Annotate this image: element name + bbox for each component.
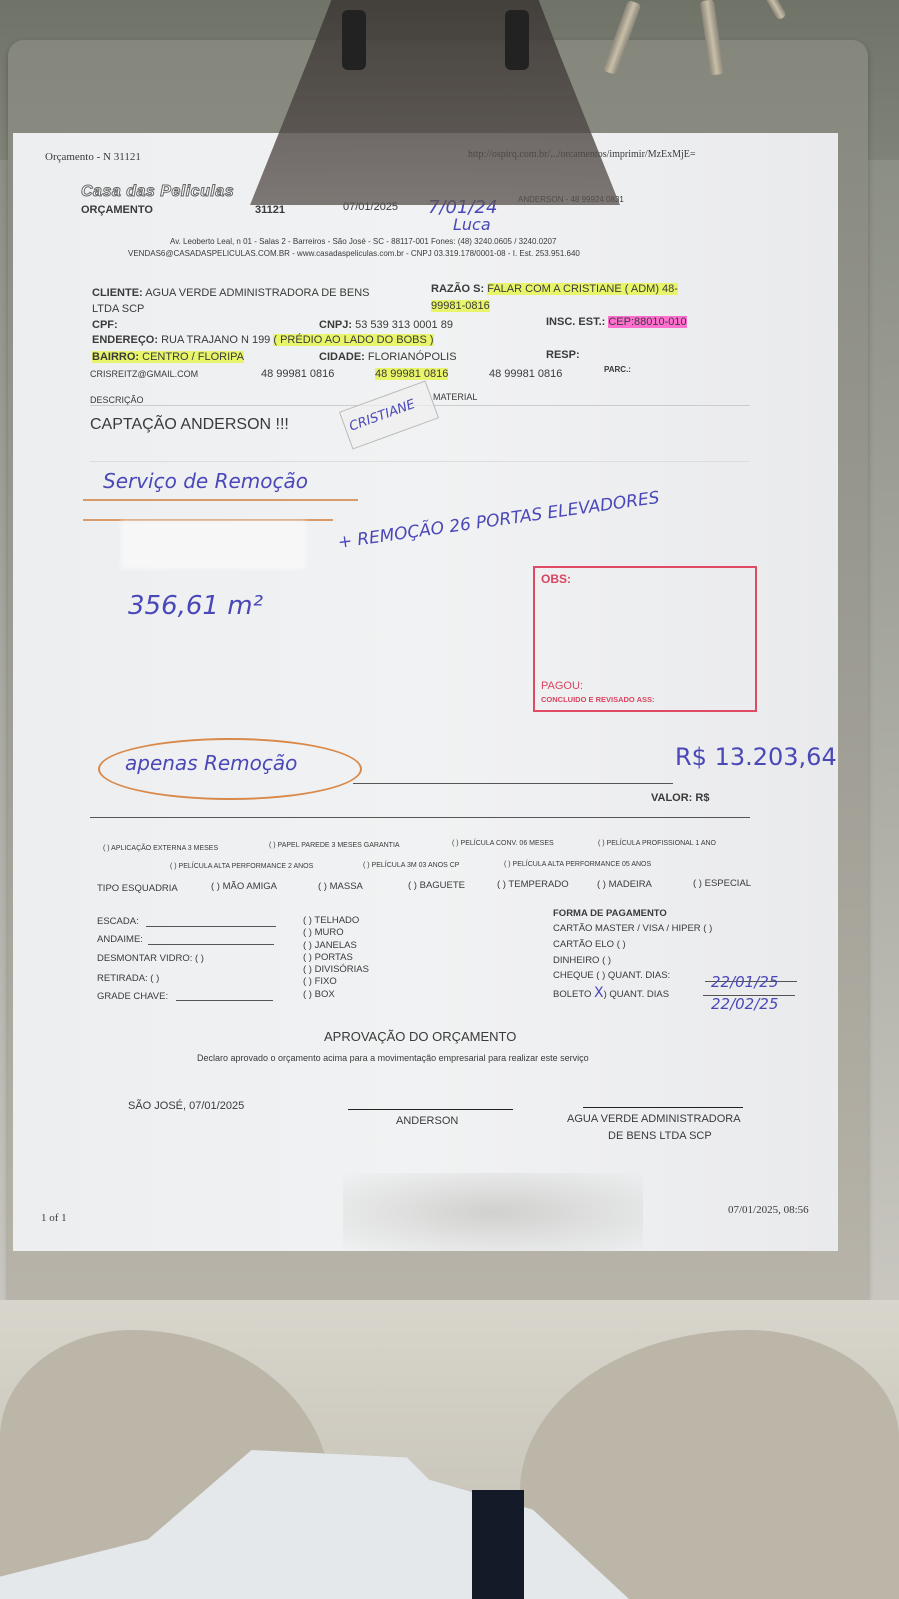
signature-line-client	[583, 1107, 743, 1108]
escada-line	[146, 926, 276, 927]
payment-dinheiro: DINHEIRO ( )	[553, 955, 611, 966]
payment-master: CARTÃO MASTER / VISA / HIPER ( )	[553, 923, 712, 934]
cidade-value: FLORIANÓPOLIS	[368, 351, 457, 363]
due-date-2: 22/02/25	[711, 995, 778, 1013]
esquadria-madeira: ( ) MADEIRA	[597, 879, 652, 890]
insc-label: INSC. EST.:	[546, 316, 605, 328]
escada-label: ESCADA:	[97, 916, 139, 927]
place-date: SÃO JOSÉ, 07/01/2025	[128, 1100, 244, 1112]
razao-value-2: 99981-0816	[431, 300, 490, 312]
andaime-label: ANDAIME:	[97, 934, 143, 945]
option-alta-performance-2: ( ) PELÍCULA ALTA PERFORMANCE 2 ANOS	[170, 863, 313, 870]
redacted-area	[121, 521, 306, 569]
bairro-value: CENTRO / FLORIPA	[142, 351, 244, 363]
option-3m: ( ) PELÍCULA 3M 03 ANOS CP	[363, 862, 459, 869]
handwritten-area: 356,61 m²	[128, 591, 263, 621]
divider	[90, 817, 750, 818]
print-title: Orçamento - N 31121	[45, 151, 141, 163]
sticky-note: CRISTIANE	[339, 380, 439, 449]
address-line: Av. Leoberto Leal, n 01 - Salas 2 - Barr…	[170, 237, 556, 246]
razao-value: FALAR COM A CRISTIANE ( ADM) 48-	[487, 283, 678, 295]
contact-line: VENDAS6@CASADASPELICULAS.COM.BR - www.ca…	[128, 249, 580, 258]
andaime-line	[148, 944, 274, 945]
esquadria-massa: ( ) MASSA	[318, 881, 363, 892]
signer-client-1: AGUA VERDE ADMINISTRADORA	[567, 1113, 741, 1125]
surfaces-list: ( ) TELHADO ( ) MURO ( ) JANELAS ( ) POR…	[303, 915, 369, 1001]
cnpj-value: 53 539 313 0001 89	[355, 319, 453, 331]
signer-seller: ANDERSON	[396, 1115, 458, 1127]
endereco-value: RUA TRAJANO N 199	[161, 334, 270, 346]
grade-chave-label: GRADE CHAVE:	[97, 991, 168, 1002]
option-alta-performance-5: ( ) PELÍCULA ALTA PERFORMANCE 05 ANOS	[504, 861, 651, 868]
option-aplicacao-externa: ( ) APLICAÇÃO EXTERNA 3 MESES	[103, 845, 218, 852]
cpf-label: CPF:	[92, 319, 118, 331]
concluido-label: CONCLUIDO E REVISADO ASS:	[541, 695, 654, 704]
obs-label: OBS:	[541, 572, 571, 586]
surface-janelas: ( ) JANELAS	[303, 940, 369, 952]
handwritten-service: Serviço de Remoção	[103, 469, 308, 493]
pagou-label: PAGOU:	[541, 680, 583, 692]
razao-label: RAZÃO S:	[431, 283, 484, 295]
cliente-value-2: LTDA SCP	[92, 303, 144, 315]
payment-title: FORMA DE PAGAMENTO	[553, 908, 667, 919]
bairro-label: BAIRRO:	[92, 351, 139, 363]
payment-elo: CARTÃO ELO ( )	[553, 939, 626, 950]
endereco-note: ( PRÉDIO AO LADO DO BOBS )	[273, 334, 433, 346]
option-papel-parede: ( ) PAPEL PAREDE 3 MESES GARANTIA	[269, 842, 400, 849]
page-indicator: 1 of 1	[41, 1212, 67, 1224]
insc-value: CEP:88010-010	[608, 316, 686, 328]
approval-declaration: Declaro aprovado o orçamento acima para …	[197, 1053, 589, 1063]
cnpj-label: CNPJ:	[319, 319, 352, 331]
budget-number: 31121	[255, 204, 285, 216]
orange-underline	[83, 499, 358, 501]
esquadria-label: TIPO ESQUADRIA	[97, 883, 178, 894]
surface-divisorias: ( ) DIVISÓRIAS	[303, 964, 369, 976]
resp-label: RESP:	[546, 349, 580, 361]
obs-box: OBS: PAGOU: CONCLUIDO E REVISADO ASS:	[533, 566, 757, 712]
description-text: CAPTAÇÃO ANDERSON !!!	[90, 416, 289, 434]
clip-hinge-icon	[342, 10, 366, 70]
payment-boleto-days: ) QUANT. DIAS	[604, 989, 669, 1000]
clip-hinge-icon	[505, 10, 529, 70]
payment-cheque: CHEQUE ( ) QUANT. DIAS:	[553, 970, 670, 981]
esquadria-especial: ( ) ESPECIAL	[693, 878, 751, 889]
doc-type: ORÇAMENTO	[81, 204, 153, 216]
strap	[472, 1490, 524, 1599]
desmontar-label: DESMONTAR VIDRO: ( )	[97, 953, 204, 964]
parc-label: PARC.:	[604, 365, 631, 374]
divider	[90, 461, 750, 462]
signature-line-seller	[348, 1109, 513, 1110]
handwritten-value: R$ 13.203,64	[675, 743, 837, 771]
surface-telhado: ( ) TELHADO	[303, 915, 369, 927]
value-line	[353, 783, 673, 784]
printed-at: 07/01/2025, 08:56	[728, 1204, 809, 1216]
endereco-label: ENDEREÇO:	[92, 334, 158, 346]
option-pelicula-profissional: ( ) PELÍCULA PROFISSIONAL 1 ANO	[598, 840, 716, 847]
surface-box: ( ) BOX	[303, 989, 369, 1001]
grade-line	[176, 1000, 273, 1001]
handwritten-extra: + REMOÇÃO 26 PORTAS ELEVADORES	[337, 488, 661, 553]
surface-portas: ( ) PORTAS	[303, 952, 369, 964]
option-pelicula-conv: ( ) PELÍCULA CONV. 06 MESES	[452, 840, 554, 847]
keys	[555, 0, 805, 80]
approval-title: APROVAÇÃO DO ORÇAMENTO	[324, 1029, 516, 1044]
agenda-note: Luca	[453, 215, 491, 234]
phone-1: 48 99981 0816	[261, 368, 334, 380]
budget-document: Orçamento - N 31121 http://ospirq.com.br…	[13, 133, 838, 1251]
cliente-value: AGUA VERDE ADMINISTRADORA DE BENS	[145, 287, 369, 299]
handwritten-only-removal: apenas Remoção	[125, 751, 297, 775]
material-label: MATERIAL	[433, 392, 477, 402]
esquadria-temperado: ( ) TEMPERADO	[497, 879, 569, 890]
due-date-1: 22/01/25	[711, 973, 778, 991]
boleto-check-mark: X	[594, 985, 604, 1001]
shadow	[343, 1173, 643, 1251]
cliente-label: CLIENTE:	[92, 287, 143, 299]
surface-fixo: ( ) FIXO	[303, 976, 369, 988]
company-logo: Casa das Peliculas	[81, 183, 234, 201]
retirada-label: RETIRADA: ( )	[97, 973, 159, 984]
surface-muro: ( ) MURO	[303, 927, 369, 939]
phone-2: 48 99981 0816	[375, 368, 448, 380]
cidade-label: CIDADE:	[319, 351, 365, 363]
client-email: CRISREITZ@GMAIL.COM	[90, 369, 198, 379]
valor-label: VALOR: R$	[651, 792, 709, 804]
esquadria-mao-amiga: ( ) MÃO AMIGA	[211, 881, 277, 892]
payment-boleto: BOLETO	[553, 989, 591, 1000]
phone-3: 48 99981 0816	[489, 368, 562, 380]
signer-client-2: DE BENS LTDA SCP	[608, 1130, 712, 1142]
esquadria-baguete: ( ) BAGUETE	[408, 880, 465, 891]
descricao-label: DESCRIÇÃO	[90, 395, 144, 405]
